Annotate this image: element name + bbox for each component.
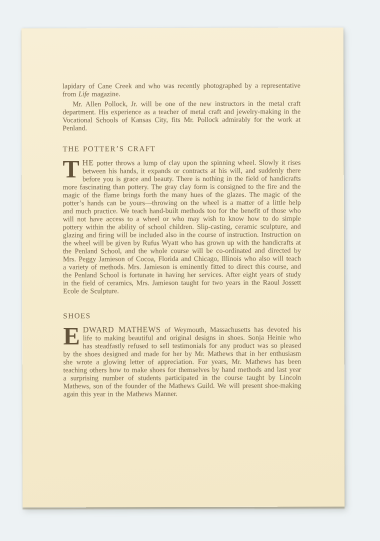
scanned-page: lapidary of Cane Creek and who was recen… xyxy=(21,28,344,508)
section-body-text: potter throws a lump of clay upon the sp… xyxy=(63,159,301,296)
drop-cap: E xyxy=(63,326,83,349)
magazine-name-italic: Life xyxy=(79,90,90,98)
section-body-potters-craft: THE potter throws a lump of clay upon th… xyxy=(63,159,301,296)
intro-paragraph-pollock: Mr. Allen Pollock, Jr. will be one of th… xyxy=(63,100,301,133)
lead-caps: HE xyxy=(82,158,93,167)
section-body-shoes: EDWARD MATHEWS of Weymouth, Massachusett… xyxy=(63,326,301,399)
section-heading-shoes: SHOES xyxy=(63,311,301,321)
section-body-text: of Weymouth, Massachusetts has devoted h… xyxy=(63,326,301,399)
section-heading-potters-craft: THE POTTER’S CRAFT xyxy=(63,144,301,154)
drop-cap: T xyxy=(63,159,83,182)
text-column: lapidary of Cane Creek and who was recen… xyxy=(63,82,302,399)
intro-text-after-italic: magazine. xyxy=(89,90,120,98)
lead-caps: DWARD MATHEWS xyxy=(83,325,161,334)
scan-background: { "scan": { "background_color": "#edf2f4… xyxy=(0,0,380,541)
intro-continuation-paragraph: lapidary of Cane Creek and who was recen… xyxy=(63,82,301,99)
